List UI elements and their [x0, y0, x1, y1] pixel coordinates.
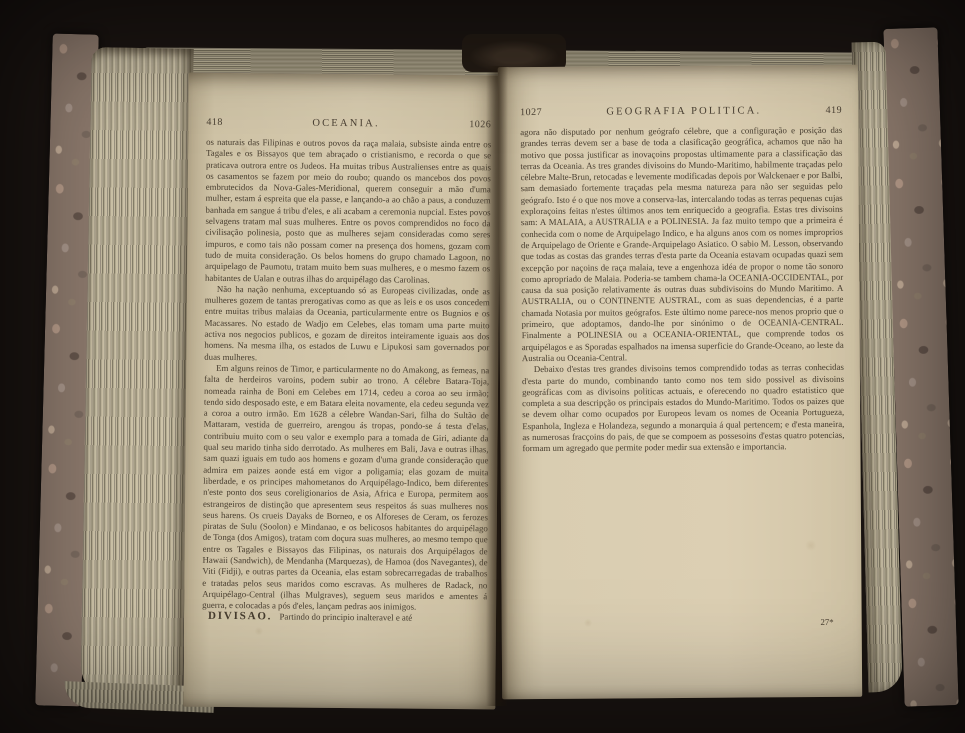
open-book-photo: 418 OCEANIA. 1026 os naturais das Filipi… [0, 0, 965, 733]
paragraph-lead: DIVISAO. [208, 610, 280, 623]
left-page-header: 418 OCEANIA. 1026 [206, 117, 491, 130]
paragraph: Debaixo d'estas tres grandes divisoins t… [522, 362, 845, 455]
paragraph: Em alguns reinos de Timor, e particularm… [202, 363, 489, 614]
right-page-header: 1027 GEOGRAFIA POLITICA. 419 [520, 105, 842, 118]
right-page-content: 1027 GEOGRAFIA POLITICA. 419 agora não d… [520, 105, 846, 687]
left-page-content: 418 OCEANIA. 1026 os naturais das Filipi… [201, 117, 491, 697]
book-gutter-shadow [486, 66, 508, 706]
paragraph: DIVISAO. Partindo do principio inalterav… [202, 611, 487, 625]
left-page-number: 418 [206, 117, 223, 128]
right-running-title: GEOGRAFIA POLITICA. [606, 105, 761, 117]
signature-mark: 27* [820, 617, 833, 627]
left-running-title: OCEANIA. [312, 118, 380, 130]
left-page: 418 OCEANIA. 1026 os naturais das Filipi… [183, 73, 501, 710]
right-page-number: 419 [826, 105, 843, 116]
paragraph: os naturais das Filipinas e outros povos… [205, 137, 491, 286]
paragraph: agora não disputado por nenhum geógrafo … [520, 125, 844, 364]
left-page-text: os naturais das Filipinas e outros povos… [202, 137, 491, 625]
paragraph: Não ha nação nenhuma, exceptuando só as … [204, 284, 490, 366]
right-column-number: 1027 [520, 107, 542, 118]
right-page-text: agora não disputado por nenhum geógrafo … [520, 125, 844, 455]
left-fore-edge-page-stack [80, 47, 193, 701]
right-page: 1027 GEOGRAFIA POLITICA. 419 agora não d… [498, 65, 862, 699]
